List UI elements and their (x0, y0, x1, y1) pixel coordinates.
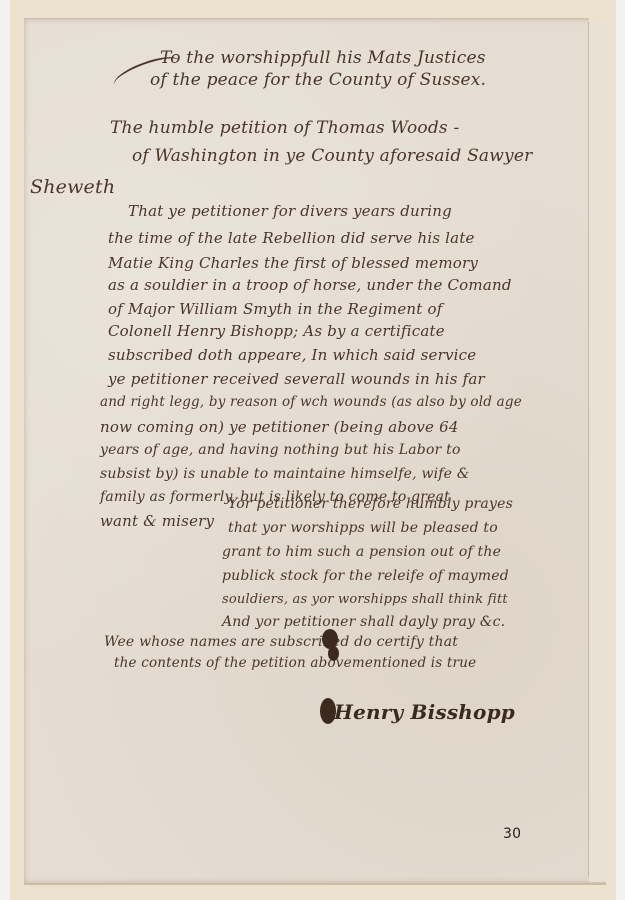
body-line: ye petitioner received severall wounds i… (108, 370, 485, 388)
body-line: the time of the late Rebellion did serve… (108, 229, 475, 247)
petition-title-line: The humble petition of Thomas Woods - (110, 118, 459, 138)
prayer-line: souldiers, as yor worshipps shall think … (222, 592, 508, 607)
signature: Henry Bisshopp (334, 700, 515, 724)
paper-fold-strip (589, 18, 606, 882)
prayer-line: Yor petitioner therefore humbly prayes (228, 496, 513, 512)
prayer-line: publick stock for the releife of maymed (222, 568, 509, 584)
certification-line: Wee whose names are subscribed do certif… (104, 634, 458, 650)
salutation: Sheweth (30, 176, 115, 198)
body-line: years of age, and having nothing but his… (100, 442, 461, 458)
address-line: To the worshippfull his Mats Justices (160, 48, 486, 68)
body-line: Matie King Charles the first of blessed … (108, 254, 478, 272)
body-line: want & misery (100, 512, 214, 530)
folio-number: 30 (503, 826, 521, 842)
body-line: subsist by) is unable to maintaine himse… (100, 466, 469, 482)
body-line: now coming on) ye petitioner (being abov… (100, 418, 459, 436)
petition-title-line: of Washington in ye County aforesaid Saw… (132, 146, 532, 166)
body-line: as a souldier in a troop of horse, under… (108, 276, 512, 294)
body-line: subscribed doth appeare, In which said s… (108, 346, 476, 364)
body-line: and right legg, by reason of wch wounds … (100, 394, 522, 410)
prayer-line: grant to him such a pension out of the (222, 544, 501, 560)
body-line: That ye petitioner for divers years duri… (128, 202, 452, 220)
body-line: of Major William Smyth in the Regiment o… (108, 300, 442, 318)
ink-blot (328, 646, 339, 661)
certification-line: the contents of the petition abovementio… (114, 655, 476, 671)
body-line: Colonell Henry Bishopp; As by a certific… (108, 322, 445, 340)
fold-line (588, 22, 589, 877)
prayer-line: And yor petitioner shall dayly pray &c. (222, 614, 505, 630)
prayer-line: that yor worshipps will be pleased to (228, 520, 498, 536)
address-line: of the peace for the County of Sussex. (150, 70, 486, 90)
